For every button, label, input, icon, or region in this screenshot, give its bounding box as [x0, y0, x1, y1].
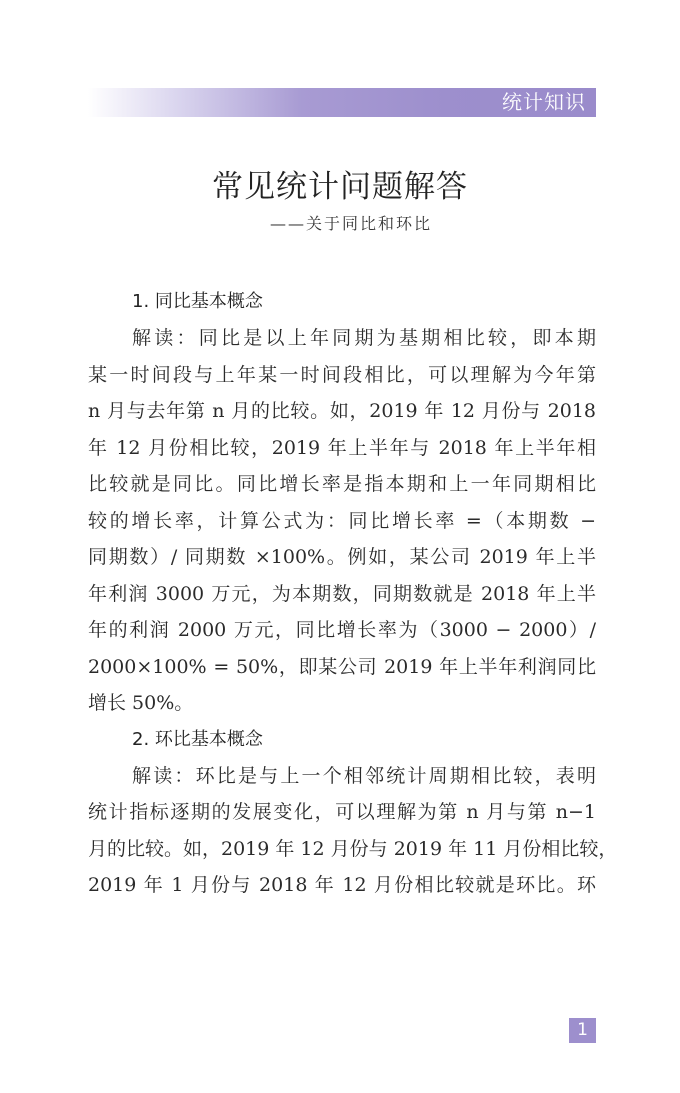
paragraph-line: 解读：环比是与上一个相邻统计周期相比较，表明 [88, 758, 596, 795]
paragraph-line: 较的增长率，计算公式为：同比增长率 =（本期数 − [88, 503, 596, 540]
section-header-bar: 统计知识 [88, 88, 596, 117]
section-paragraph-yoy: 解读：同比是以上年同期为基期相比较，即本期 某一时间段与上年某一时间段相比，可以… [88, 320, 596, 722]
page-number-badge: 1 [569, 1018, 596, 1043]
paragraph-line: 2019 年 1 月份与 2018 年 12 月份相比较就是环比。环 [88, 867, 596, 904]
paragraph-line: 年的利润 2000 万元，同比增长率为（3000 − 2000）/ [88, 612, 596, 649]
article-title: 常见统计问题解答 [0, 168, 680, 206]
paragraph-line: 年 12 月份相比较，2019 年上半年与 2018 年上半年相 [88, 430, 596, 467]
paragraph-line: n 月与去年第 n 月的比较。如，2019 年 12 月份与 2018 [88, 393, 596, 430]
paragraph-line: 增长 50%。 [88, 685, 596, 722]
paragraph-line: 同期数）/ 同期数 ×100%。例如，某公司 2019 年上半 [88, 539, 596, 576]
section-paragraph-mom: 解读：环比是与上一个相邻统计周期相比较，表明 统计指标逐期的发展变化，可以理解为… [88, 758, 596, 904]
paragraph-line: 统计指标逐期的发展变化，可以理解为第 n 月与第 n−1 [88, 794, 596, 831]
paragraph-line: 解读：同比是以上年同期为基期相比较，即本期 [88, 320, 596, 357]
category-label: 统计知识 [502, 90, 586, 115]
paragraph-line: 月的比较。如，2019 年 12 月份与 2019 年 11 月份相比较， [88, 831, 596, 868]
paragraph-line: 2000×100% = 50%，即某公司 2019 年上半年利润同比 [88, 649, 596, 686]
article-subtitle: ——关于同比和环比 [0, 213, 680, 235]
section-heading-yoy: 1. 同比基本概念 [88, 284, 596, 320]
paragraph-line: 某一时间段与上年某一时间段相比，可以理解为今年第 [88, 357, 596, 394]
paragraph-line: 年利润 3000 万元，为本期数，同期数就是 2018 年上半 [88, 576, 596, 613]
article-body: 1. 同比基本概念 解读：同比是以上年同期为基期相比较，即本期 某一时间段与上年… [88, 284, 596, 904]
paragraph-line: 比较就是同比。同比增长率是指本期和上一年同期相比 [88, 466, 596, 503]
section-heading-mom: 2. 环比基本概念 [88, 722, 596, 758]
